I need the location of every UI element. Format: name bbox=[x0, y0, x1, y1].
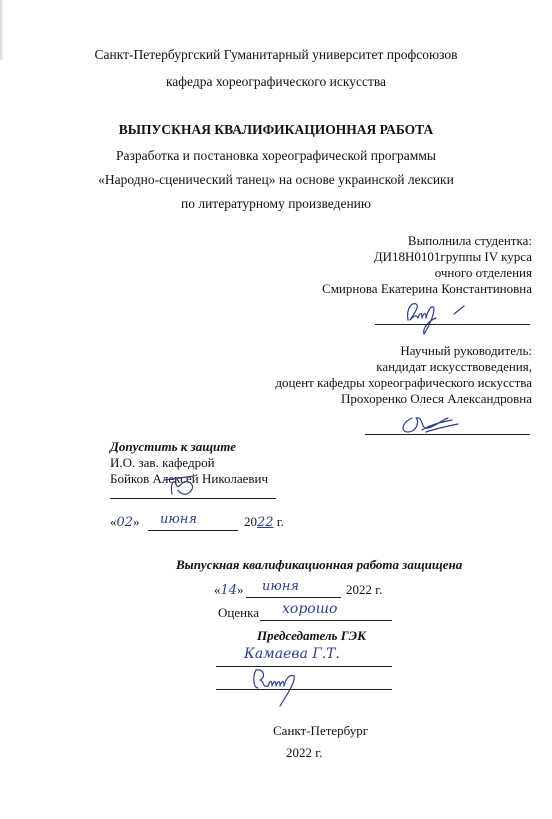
supervisor-signature-line bbox=[365, 434, 530, 435]
defense-day-handwritten: 14 bbox=[221, 583, 238, 598]
grade-handwritten: хорошо bbox=[282, 601, 337, 617]
defense-date-day: «14» bbox=[214, 582, 244, 599]
grade-label: Оценка bbox=[218, 605, 259, 621]
chair-name-handwritten: Камаева Г.Т. bbox=[244, 646, 340, 662]
supervisor-name: Прохоренко Олеся Александровна bbox=[341, 391, 532, 407]
admission-date: «02» bbox=[110, 514, 140, 531]
defense-month-line bbox=[246, 597, 341, 598]
defense-month-handwritten: июня bbox=[262, 579, 299, 594]
document-heading: ВЫПУСКНАЯ КВАЛИФИКАЦИОННАЯ РАБОТА bbox=[0, 122, 552, 138]
year-unit: г. bbox=[277, 514, 284, 529]
admission-year: 2022 г. bbox=[244, 514, 284, 531]
student-form: очного отделения bbox=[435, 265, 532, 281]
footer-year: 2022 г. bbox=[286, 745, 322, 761]
grade-line bbox=[260, 620, 392, 621]
student-label: Выполнила студентка: bbox=[408, 233, 532, 249]
admission-month-line bbox=[148, 530, 238, 531]
student-name: Смирнова Екатерина Константиновна bbox=[322, 281, 532, 297]
thesis-title-line-3: по литературному произведению bbox=[0, 196, 552, 212]
supervisor-position: доцент кафедры хореографического искусст… bbox=[275, 375, 532, 391]
admission-day-handwritten: 02 bbox=[117, 515, 134, 530]
footer-city: Санкт-Петербург bbox=[273, 723, 368, 739]
student-signature bbox=[400, 298, 480, 338]
admission-month-handwritten: июня bbox=[160, 512, 197, 527]
chair-signature bbox=[250, 666, 330, 708]
year-suffix-handwritten: 22 bbox=[257, 515, 274, 530]
chair-signature-line bbox=[216, 689, 392, 690]
thesis-title-line-1: Разработка и постановка хореографической… bbox=[0, 148, 552, 164]
chair-label: Председатель ГЭК bbox=[257, 628, 366, 644]
admission-signature-line bbox=[110, 498, 276, 499]
year-prefix: 20 bbox=[244, 514, 257, 529]
admission-label: Допустить к защите bbox=[110, 439, 236, 455]
defense-year: 2022 г. bbox=[346, 582, 382, 598]
admission-signature bbox=[160, 470, 210, 500]
student-group: ДИ18Н0101группы IV курса bbox=[374, 249, 532, 265]
university-name: Санкт-Петербургский Гуманитарный универс… bbox=[0, 47, 552, 63]
date-close-quote: » bbox=[237, 582, 244, 597]
department-name: кафедра хореографического искусства bbox=[0, 74, 552, 90]
date-close-quote: » bbox=[133, 514, 140, 529]
thesis-title-line-2: «Народно-сценический танец» на основе ук… bbox=[0, 172, 552, 188]
defense-label: Выпускная квалификационная работа защище… bbox=[176, 557, 462, 573]
supervisor-label: Научный руководитель: bbox=[400, 343, 532, 359]
student-signature-line bbox=[375, 324, 530, 325]
supervisor-degree: кандидат искусствоведения, bbox=[376, 359, 532, 375]
admission-role: И.О. зав. кафедрой bbox=[110, 455, 215, 471]
